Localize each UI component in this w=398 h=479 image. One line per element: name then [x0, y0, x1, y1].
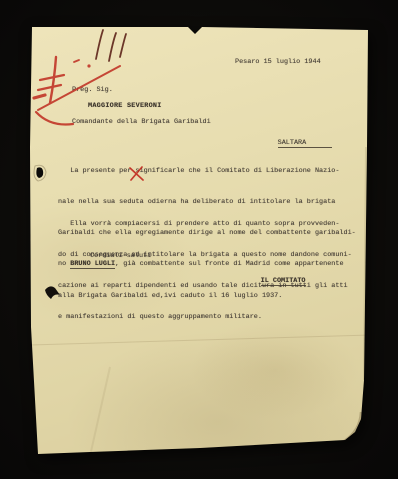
crease-line [90, 367, 110, 456]
photo-background: Pesaro 15 luglio 1944 Preg. Sig. MAGGIOR… [0, 0, 398, 479]
paragraph-2-line: cazione ai reparti dipendenti ed usando … [58, 281, 360, 291]
paper-hole-shadow [34, 165, 46, 181]
paragraph-1-line: La presente per significarle che il Comi… [58, 166, 360, 176]
right-edge-shading [364, 147, 366, 380]
recipient-title: Comandante della Brigata Garibaldi [72, 117, 211, 127]
signature: IL COMITATO [228, 266, 306, 297]
paper-sheet: Pesaro 15 luglio 1944 Preg. Sig. MAGGIOR… [30, 27, 370, 456]
recipient-name: MAGGIORE SEVERONI [88, 101, 162, 111]
paragraph-2-line: Ella vorrà compiacersi di prendere atto … [58, 219, 360, 229]
closing: Cordiali saluti [90, 251, 151, 261]
dark-pen-strokes-icon [96, 30, 126, 61]
paper-hole [36, 167, 43, 178]
signature-label: IL COMITATO [261, 277, 306, 286]
salutation: Preg. Sig. [72, 85, 113, 95]
dateline: Pesaro 15 luglio 1944 [235, 57, 321, 67]
paragraph-2: Ella vorrà compiacersi di prendere atto … [58, 198, 360, 344]
letter-paper: Pesaro 15 luglio 1944 Preg. Sig. MAGGIOR… [30, 27, 370, 456]
corner-fold-shading [344, 412, 361, 441]
paragraph-2-line: e manifestazioni di questo aggruppamento… [58, 312, 360, 322]
